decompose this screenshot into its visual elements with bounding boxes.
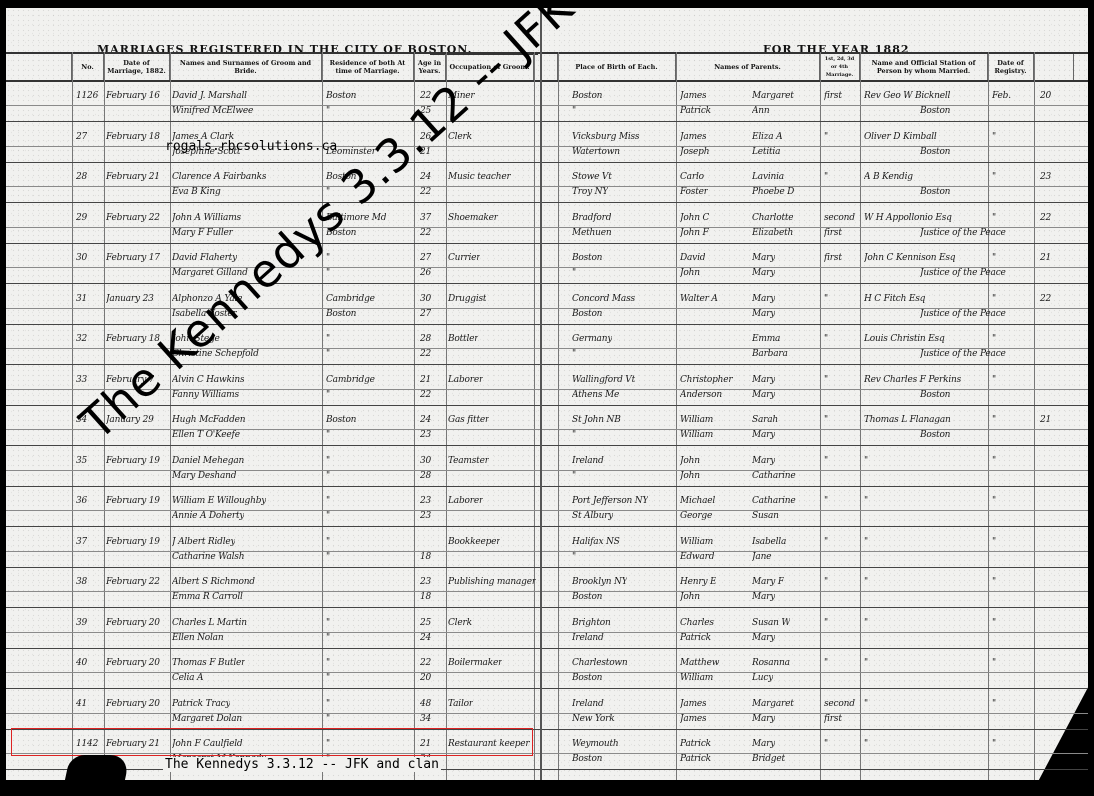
row-rule xyxy=(542,202,1088,203)
row-rule xyxy=(542,283,1088,284)
groom-occupation: Laborer xyxy=(448,375,483,386)
bride-mother: Susan xyxy=(752,511,779,522)
groom-residence: " xyxy=(326,618,330,629)
bride-mother: Elizabeth xyxy=(752,228,793,239)
row-rule xyxy=(542,405,1088,406)
groom-residence: Boston xyxy=(326,172,356,183)
groom-birthplace: Vicksburg Miss xyxy=(572,132,639,143)
row-rule xyxy=(6,591,540,592)
groom-mother: Mary xyxy=(752,253,775,264)
marriage-date: February 19 xyxy=(106,496,160,507)
bride-birthplace: " xyxy=(572,430,576,441)
groom-father: Christopher xyxy=(680,375,733,386)
entry-number: 40 xyxy=(76,658,87,669)
groom-father: William xyxy=(680,415,713,426)
groom-residence: Baltimore Md xyxy=(326,213,386,224)
row-rule xyxy=(6,510,540,511)
officiant-name: Oliver D Kimball xyxy=(864,132,937,143)
officiant-name: Rev Charles F Perkins xyxy=(864,375,961,386)
row-rule xyxy=(542,445,1088,446)
row-rule xyxy=(6,526,540,527)
bride-birthplace: Boston xyxy=(572,754,602,765)
registry-date: " xyxy=(992,577,996,588)
row-rule xyxy=(6,243,540,244)
bride-age: 21 xyxy=(420,147,431,158)
groom-birthplace: Ireland xyxy=(572,456,604,467)
row-rule xyxy=(6,121,540,122)
marriage-date: February 19 xyxy=(106,537,160,548)
bride-father: George xyxy=(680,511,712,522)
row-rule xyxy=(542,186,1088,187)
row-rule xyxy=(6,308,540,309)
groom-name: Albert S Richmond xyxy=(172,577,255,588)
row-rule xyxy=(6,672,540,673)
row-rule xyxy=(6,186,540,187)
groom-residence: " xyxy=(326,456,330,467)
bride-birthplace: " xyxy=(572,471,576,482)
groom-mother: Isabella xyxy=(752,537,786,548)
bride-residence: Boston xyxy=(326,228,356,239)
bride-residence: " xyxy=(326,349,330,360)
entry-number: 29 xyxy=(76,213,87,224)
row-rule xyxy=(6,607,540,608)
groom-father: James xyxy=(680,91,706,102)
groom-name: Alphonzo A Yale xyxy=(172,294,242,305)
bride-mother: Mary xyxy=(752,633,775,644)
row-rule xyxy=(6,648,540,649)
groom-father: Walter A xyxy=(680,294,718,305)
groom-occupation: Gas fitter xyxy=(448,415,489,426)
registry-day: 22 xyxy=(1040,213,1051,224)
officiant-station: Justice of the Peace xyxy=(920,268,1006,279)
bride-residence: " xyxy=(326,106,330,117)
groom-name: David J. Marshall xyxy=(172,91,247,102)
groom-birthplace: Boston xyxy=(572,253,602,264)
bride-name: Fanny Williams xyxy=(172,390,239,401)
right-header-row: Place of Birth of Each. Names of Parents… xyxy=(542,52,1088,82)
officiant-name: A B Kendig xyxy=(864,172,913,183)
marriage-date: February 20 xyxy=(106,699,160,710)
groom-birthplace: Wallingford Vt xyxy=(572,375,635,386)
groom-birthplace: Brighton xyxy=(572,618,611,629)
bride-age: 22 xyxy=(420,187,431,198)
groom-father: John xyxy=(680,456,700,467)
bride-father: John xyxy=(680,471,700,482)
entry-number: 27 xyxy=(76,132,87,143)
registry-date: " xyxy=(992,699,996,710)
scan-artifact xyxy=(62,755,131,795)
registry-date: " xyxy=(992,415,996,426)
groom-mother: Lavinia xyxy=(752,172,784,183)
bride-father: Edward xyxy=(680,552,714,563)
officiant-station: Justice of the Peace xyxy=(920,349,1006,360)
header-marriage-order: 1st, 2d, 3d or 4th Marriage. xyxy=(820,54,860,80)
row-rule xyxy=(6,364,540,365)
row-rule xyxy=(542,324,1088,325)
bride-name: Ellen T O'Keefe xyxy=(172,430,240,441)
entry-number: 34 xyxy=(76,415,87,426)
groom-father: Charles xyxy=(680,618,714,629)
groom-occupation: Bottler xyxy=(448,334,478,345)
row-rule xyxy=(6,551,540,552)
row-rule xyxy=(542,729,1088,730)
header-occupation: Occupation of Groom. xyxy=(446,54,534,80)
bride-age: 25 xyxy=(420,106,431,117)
row-rule xyxy=(6,429,540,430)
officiant-station: Justice of the Peace xyxy=(920,309,1006,320)
row-rule xyxy=(542,364,1088,365)
registry-date: " xyxy=(992,172,996,183)
entry-number: 37 xyxy=(76,537,87,548)
registry-date: Feb. xyxy=(992,91,1011,102)
row-rule xyxy=(6,486,540,487)
bride-residence: " xyxy=(326,511,330,522)
header-birthplace: Place of Birth of Each. xyxy=(558,54,676,80)
row-rule xyxy=(542,632,1088,633)
registry-date: " xyxy=(992,496,996,507)
row-rule xyxy=(6,405,540,406)
groom-birthplace: Bradford xyxy=(572,213,611,224)
groom-birthplace: St John NB xyxy=(572,415,621,426)
registry-date: " xyxy=(992,334,996,345)
officiant-name: John C Kennison Esq xyxy=(864,253,955,264)
bride-mother: Bridget xyxy=(752,754,785,765)
marriage-date: February 19 xyxy=(106,456,160,467)
bride-name: Margaret Dolan xyxy=(172,714,242,725)
bride-birthplace: Methuen xyxy=(572,228,611,239)
groom-birthplace: Port Jefferson NY xyxy=(572,496,648,507)
bride-residence: " xyxy=(326,714,330,725)
marriage-order: " xyxy=(824,658,828,669)
marriage-date: February 16 xyxy=(106,91,160,102)
registry-day: 21 xyxy=(1040,415,1051,426)
entry-number: 39 xyxy=(76,618,87,629)
groom-mother: Mary F xyxy=(752,577,784,588)
bride-age: 22 xyxy=(420,390,431,401)
marriage-order: " xyxy=(824,334,828,345)
groom-name: Clarence A Fairbanks xyxy=(172,172,266,183)
officiant-name: " xyxy=(864,496,868,507)
registry-date: " xyxy=(992,739,996,750)
bride-birthplace: Watertown xyxy=(572,147,620,158)
groom-name: Patrick Tracy xyxy=(172,699,230,710)
bride-father: James xyxy=(680,714,706,725)
marriage-order: " xyxy=(824,375,828,386)
row-rule xyxy=(542,713,1088,714)
groom-mother: Catharine xyxy=(752,496,796,507)
registry-date: " xyxy=(992,294,996,305)
header-names: Names and Surnames of Groom and Bride. xyxy=(170,54,322,80)
marriage-order: " xyxy=(824,577,828,588)
groom-age: 25 xyxy=(420,618,431,629)
bride-mother: Mary xyxy=(752,714,775,725)
groom-residence: " xyxy=(326,496,330,507)
left-header-row: No. Date of Marriage, 1882. Names and Su… xyxy=(6,52,540,82)
marriage-date: February 17 xyxy=(106,253,160,264)
bride-birthplace: " xyxy=(572,106,576,117)
bride-name: Isabella Foster xyxy=(172,309,237,320)
bride-mother: Mary xyxy=(752,592,775,603)
row-rule xyxy=(542,389,1088,390)
officiant-name: " xyxy=(864,577,868,588)
groom-father: Carlo xyxy=(680,172,704,183)
row-rule xyxy=(542,567,1088,568)
marriage-order: second xyxy=(824,699,855,710)
marriage-date: February 18 xyxy=(106,132,160,143)
groom-name: Alvin C Hawkins xyxy=(172,375,244,386)
marriage-order: " xyxy=(824,132,828,143)
bride-age: 23 xyxy=(420,511,431,522)
groom-residence: Boston xyxy=(326,415,356,426)
groom-residence: " xyxy=(326,699,330,710)
groom-birthplace: Stowe Vt xyxy=(572,172,612,183)
bride-name: Catharine Walsh xyxy=(172,552,244,563)
bride-birthplace: Athens Me xyxy=(572,390,619,401)
groom-age: 23 xyxy=(420,577,431,588)
bride-father: John xyxy=(680,592,700,603)
bride-age: 22 xyxy=(420,228,431,239)
bride-birthplace: New York xyxy=(572,714,615,725)
groom-age: 23 xyxy=(420,496,431,507)
groom-mother: Mary xyxy=(752,375,775,386)
marriage-order: first xyxy=(824,253,842,264)
highlighted-entry-box xyxy=(11,728,533,756)
bride-mother: Ann xyxy=(752,106,770,117)
groom-occupation: Bookkeeper xyxy=(448,537,500,548)
registry-day: 23 xyxy=(1040,172,1051,183)
bride-mother: Mary xyxy=(752,268,775,279)
officiant-station: Boston xyxy=(920,187,950,198)
groom-name: John Stege xyxy=(172,334,220,345)
groom-residence: Cambridge xyxy=(326,294,375,305)
groom-mother: Mary xyxy=(752,294,775,305)
groom-age: 30 xyxy=(420,294,431,305)
registry-day: 21 xyxy=(1040,253,1051,264)
registry-date: " xyxy=(992,132,996,143)
officiant-name: " xyxy=(864,699,868,710)
bride-age: 22 xyxy=(420,349,431,360)
entry-number: 31 xyxy=(76,294,87,305)
bride-father: John xyxy=(680,268,700,279)
watermark-url: rogals.rbcsolutions.ca xyxy=(165,139,337,154)
groom-residence: " xyxy=(326,537,330,548)
bride-mother: Catharine xyxy=(752,471,796,482)
bride-residence: " xyxy=(326,390,330,401)
registry-date: " xyxy=(992,658,996,669)
row-rule xyxy=(542,526,1088,527)
officiant-name: H C Fitch Esq xyxy=(864,294,925,305)
header-spacer-2 xyxy=(1034,54,1074,80)
officiant-name: W H Appollonio Esq xyxy=(864,213,952,224)
bride-name: Celia A xyxy=(172,673,203,684)
registry-date: " xyxy=(992,213,996,224)
groom-birthplace: Brooklyn NY xyxy=(572,577,627,588)
bride-name: Ellen Nolan xyxy=(172,633,223,644)
marriage-order: " xyxy=(824,496,828,507)
groom-occupation: Clerk xyxy=(448,618,472,629)
row-rule xyxy=(542,591,1088,592)
marriage-order-bride: first xyxy=(824,228,842,239)
groom-occupation: Laborer xyxy=(448,496,483,507)
bride-birthplace: Boston xyxy=(572,592,602,603)
groom-mother: Mary xyxy=(752,456,775,467)
marriage-order: " xyxy=(824,294,828,305)
groom-residence: Cambridge xyxy=(326,375,375,386)
row-rule xyxy=(542,146,1088,147)
row-rule xyxy=(6,162,540,163)
groom-occupation: Clerk xyxy=(448,132,472,143)
groom-name: J Albert Ridley xyxy=(172,537,235,548)
bride-age: 28 xyxy=(420,471,431,482)
groom-name: William E Willoughby xyxy=(172,496,266,507)
header-officiant: Name and Official Station of Person by w… xyxy=(860,54,988,80)
groom-residence: Boston xyxy=(326,91,356,102)
row-rule xyxy=(542,688,1088,689)
marriage-order: first xyxy=(824,91,842,102)
marriage-date: February 22 xyxy=(106,577,160,588)
bride-residence: " xyxy=(326,430,330,441)
marriage-order: second xyxy=(824,213,855,224)
groom-age: 48 xyxy=(420,699,431,710)
marriage-order: " xyxy=(824,172,828,183)
groom-occupation: Miner xyxy=(448,91,475,102)
entry-number: 1126 xyxy=(76,91,98,102)
groom-name: Thomas F Butler xyxy=(172,658,245,669)
groom-father: John C xyxy=(680,213,709,224)
row-rule xyxy=(6,227,540,228)
groom-name: Charles L Martin xyxy=(172,618,247,629)
row-rule xyxy=(6,283,540,284)
groom-father: James xyxy=(680,132,706,143)
bride-birthplace: " xyxy=(572,552,576,563)
marriage-date: February 20 xyxy=(106,658,160,669)
officiant-name: " xyxy=(864,537,868,548)
marriage-date: February 22 xyxy=(106,213,160,224)
groom-mother: Susan W xyxy=(752,618,790,629)
officiant-name: " xyxy=(864,658,868,669)
groom-birthplace: Ireland xyxy=(572,699,604,710)
registry-day: 20 xyxy=(1040,91,1051,102)
groom-mother: Emma xyxy=(752,334,780,345)
bride-mother: Jane xyxy=(752,552,771,563)
bride-father: Anderson xyxy=(680,390,722,401)
bride-birthplace: St Albury xyxy=(572,511,613,522)
bride-residence: " xyxy=(326,633,330,644)
groom-birthplace: Halifax NS xyxy=(572,537,620,548)
row-rule xyxy=(542,486,1088,487)
groom-mother: Rosanna xyxy=(752,658,790,669)
bride-residence: " xyxy=(326,187,330,198)
officiant-station: Boston xyxy=(920,430,950,441)
groom-age: 21 xyxy=(420,375,431,386)
officiant-station: Boston xyxy=(920,147,950,158)
groom-father: James xyxy=(680,699,706,710)
bride-father: John F xyxy=(680,228,709,239)
bride-birthplace: " xyxy=(572,268,576,279)
row-rule xyxy=(6,389,540,390)
entry-number: 35 xyxy=(76,456,87,467)
row-rule xyxy=(6,348,540,349)
bride-birthplace: " xyxy=(572,349,576,360)
row-rule xyxy=(6,632,540,633)
groom-birthplace: Boston xyxy=(572,91,602,102)
header-date: Date of Marriage, 1882. xyxy=(104,54,170,80)
bride-mother: Mary xyxy=(752,309,775,320)
registry-date: " xyxy=(992,456,996,467)
marriage-date: February 7 xyxy=(106,375,154,386)
caption-text: The Kennedys 3.3.12 -- JFK and clan xyxy=(163,757,441,772)
row-rule xyxy=(542,769,1088,770)
bride-name: Annie A Doherty xyxy=(172,511,244,522)
groom-occupation: Publishing manager xyxy=(448,577,536,588)
row-rule xyxy=(6,713,540,714)
groom-father: William xyxy=(680,537,713,548)
marriage-order-bride: first xyxy=(824,714,842,725)
groom-name: David Flaherty xyxy=(172,253,237,264)
row-rule xyxy=(542,551,1088,552)
header-registry: Date of Registry. xyxy=(988,54,1034,80)
header-age: Age in Years. xyxy=(414,54,446,80)
row-rule xyxy=(542,753,1088,754)
row-rule xyxy=(6,267,540,268)
marriage-date: January 23 xyxy=(106,294,154,305)
bride-residence: Boston xyxy=(326,309,356,320)
groom-occupation: Shoemaker xyxy=(448,213,498,224)
registry-date: " xyxy=(992,375,996,386)
row-rule xyxy=(542,121,1088,122)
marriage-date: February 21 xyxy=(106,172,160,183)
bride-age: 23 xyxy=(420,430,431,441)
header-no: No. xyxy=(72,54,104,80)
groom-age: 24 xyxy=(420,172,431,183)
row-rule xyxy=(542,348,1088,349)
bride-age: 18 xyxy=(420,592,431,603)
header-residence: Residence of both At time of Marriage. xyxy=(322,54,414,80)
officiant-station: Justice of the Peace xyxy=(920,228,1006,239)
page-gutter xyxy=(540,8,542,780)
bride-birthplace: Ireland xyxy=(572,633,604,644)
bride-age: 18 xyxy=(420,552,431,563)
groom-birthplace: Weymouth xyxy=(572,739,619,750)
groom-age: 26 xyxy=(420,132,431,143)
groom-age: 24 xyxy=(420,415,431,426)
groom-mother: Margaret xyxy=(752,699,794,710)
groom-occupation: Music teacher xyxy=(448,172,511,183)
bride-name: Winifred McElwee xyxy=(172,106,253,117)
groom-name: Daniel Mehegan xyxy=(172,456,244,467)
bride-mother: Mary xyxy=(752,430,775,441)
groom-father: Patrick xyxy=(680,739,711,750)
groom-name: Hugh McFadden xyxy=(172,415,245,426)
entry-number: 41 xyxy=(76,699,87,710)
bride-name: Eva B King xyxy=(172,187,221,198)
row-rule xyxy=(542,429,1088,430)
bride-mother: Phoebe D xyxy=(752,187,794,198)
row-rule xyxy=(542,648,1088,649)
groom-age: 22 xyxy=(420,91,431,102)
bride-mother: Lucy xyxy=(752,673,773,684)
marriage-date: February 20 xyxy=(106,618,160,629)
bride-birthplace: Boston xyxy=(572,673,602,684)
header-spacer xyxy=(6,54,72,80)
groom-name: John A Williams xyxy=(172,213,241,224)
marriage-date: February 18 xyxy=(106,334,160,345)
bride-father: Foster xyxy=(680,187,708,198)
marriage-order: " xyxy=(824,415,828,426)
row-rule xyxy=(542,470,1088,471)
bride-age: 26 xyxy=(420,268,431,279)
groom-birthplace: Charlestown xyxy=(572,658,628,669)
